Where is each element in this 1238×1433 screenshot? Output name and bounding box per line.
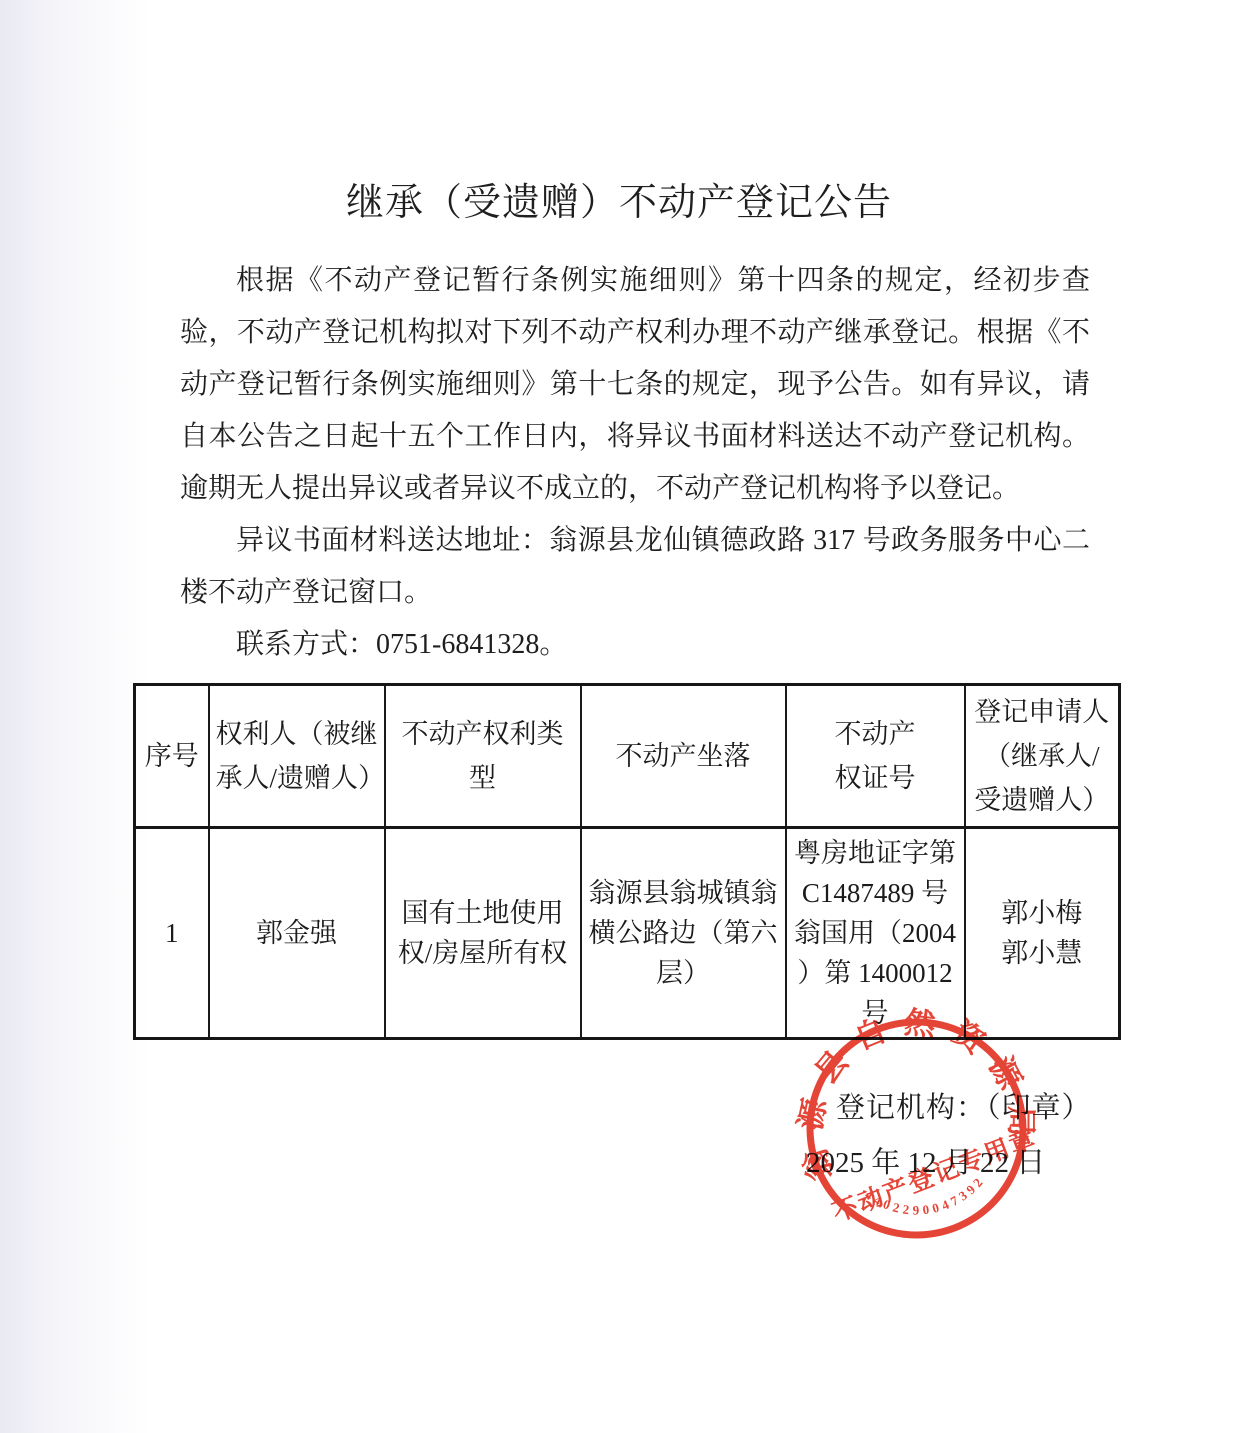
header-cert-no: 不动产 权证号 (786, 685, 965, 828)
header-owner: 权利人（被继 承人/遗赠人） (209, 685, 385, 828)
header-right-type: 不动产权利类 型 (385, 685, 581, 828)
header-location: 不动产坐落 (581, 685, 786, 828)
cell-location: 翁源县翁城镇翁 横公路边（第六 层） (581, 828, 786, 1039)
official-seal-stamp-icon: 翁源县自然资源局 不动产登记专用章 4402290047392 (778, 990, 1055, 1267)
document-body: 根据《不动产登记暂行条例实施细则》第十四条的规定，经初步查验，不动产登记机构拟对… (180, 255, 1090, 671)
registration-table: 序号 权利人（被继 承人/遗赠人） 不动产权利类 型 不动产坐落 不动产 权证号… (133, 683, 1121, 1040)
scanned-document-page: 继承（受遗赠）不动产登记公告 根据《不动产登记暂行条例实施细则》第十四条的规定，… (0, 0, 1238, 1433)
paragraph-legal-basis: 根据《不动产登记暂行条例实施细则》第十四条的规定，经初步查验，不动产登记机构拟对… (180, 255, 1090, 515)
cell-right-type: 国有土地使用 权/房屋所有权 (385, 828, 581, 1039)
header-applicants: 登记申请人 （继承人/ 受遗赠人） (965, 685, 1120, 828)
header-seq: 序号 (135, 685, 209, 828)
table-header-row: 序号 权利人（被继 承人/遗赠人） 不动产权利类 型 不动产坐落 不动产 权证号… (135, 685, 1120, 828)
cell-owner: 郭金强 (209, 828, 385, 1039)
paragraph-contact-phone: 联系方式：0751-6841328。 (180, 619, 1090, 671)
paragraph-objection-address: 异议书面材料送达地址：翁源县龙仙镇德政路 317 号政务服务中心二楼不动产登记窗… (180, 515, 1090, 619)
document-title: 继承（受遗赠）不动产登记公告 (0, 171, 1238, 226)
cell-seq: 1 (135, 828, 209, 1039)
